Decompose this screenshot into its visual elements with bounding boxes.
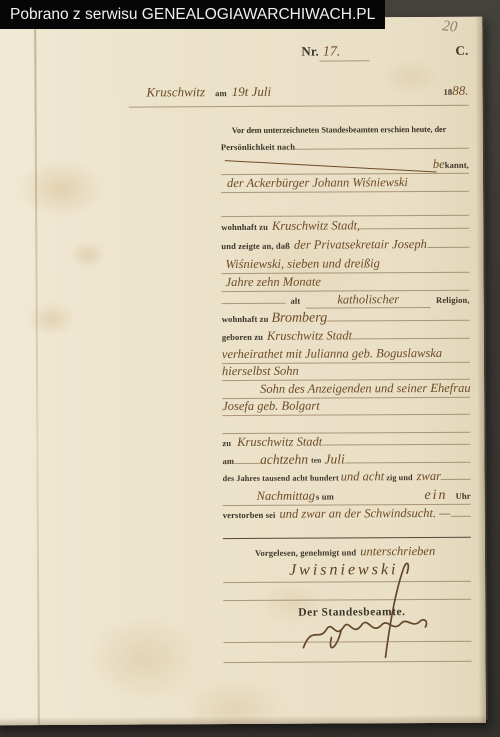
page-corner-number: 20: [441, 18, 458, 36]
religion-line: alt katholischer Religion,: [222, 292, 470, 309]
section-divider: [223, 537, 471, 539]
nr-label: Nr.: [301, 44, 319, 60]
dateline-year-printed: 18: [443, 87, 452, 97]
cause-line: verstorben sei und zwar an der Schwindsu…: [223, 506, 471, 523]
blank-underline: [441, 479, 471, 480]
series-letter: C.: [455, 43, 468, 59]
deceased-name-line: Wiśniewski, sieben und dreißig: [221, 256, 469, 274]
death-year-line: des Jahres tausend acht hundert und acht…: [223, 469, 471, 486]
blank-underline: [327, 320, 470, 322]
blank-line: [221, 199, 469, 217]
declarant-line: der Ackerbürger Johann Wiśniewski: [221, 175, 469, 193]
dateline-year-hand: 88.: [452, 83, 468, 99]
record-number-line: Nr. 17. C.: [301, 43, 468, 62]
blank-underline: [360, 228, 469, 230]
nr-value: 17.: [319, 44, 369, 61]
report-line: und zeigte an, daß der Privatsekretair J…: [221, 237, 469, 254]
dateline-am-label: am: [215, 88, 227, 98]
blank-underline: [450, 516, 470, 517]
blank-line: [223, 627, 471, 643]
born-line: geboren zu Kruschwitz Stadt: [222, 328, 470, 345]
residence-line-1: wohnhaft zu Kruschwitz Stadt,: [221, 218, 469, 235]
married-line-2: hierselbst Sohn: [222, 363, 470, 381]
death-time-line: Nachmittag s um ein Uhr: [223, 488, 471, 506]
blank-underline: [352, 338, 470, 340]
cancellation-stroke: [225, 160, 437, 172]
age-line: Jahre zehn Monate: [221, 274, 469, 292]
scanned-record-viewer: 20 Nr. 17. C. Kruschwitz am 19t Juli 18 …: [0, 0, 500, 737]
closing-line: Vorgelesen, genehmigt und unterschrieben: [255, 544, 471, 561]
blank-underline: [234, 463, 260, 464]
watermark-bar: Pobrano z serwisu GENEALOGIAWARCHIWACH.P…: [0, 0, 385, 29]
blank-underline: [427, 247, 470, 248]
paper-fold-line: [34, 19, 40, 725]
intro-line-2: Persönlichkeit nach: [221, 141, 469, 158]
parents-line-2: Josefa geb. Bolgart: [222, 398, 470, 416]
dateline: Kruschwitz am 19t Juli 18 88.: [128, 83, 468, 108]
dateline-day: 19t Juli: [232, 84, 271, 100]
document-page: 20 Nr. 17. C. Kruschwitz am 19t Juli 18 …: [0, 17, 486, 726]
blank-underline: [322, 444, 470, 446]
residence-line-2: wohnhaft zu Bromberg: [222, 310, 470, 327]
blank-underline: [222, 303, 286, 304]
known-printed: kannt,: [445, 160, 469, 170]
known-line: be kannt,: [221, 157, 469, 175]
death-date-line: am achtzehn ten Juli: [222, 451, 470, 468]
intro-line-1: Vor dem unterzeichneten Standesbeamten e…: [232, 125, 472, 142]
blank-underline: [345, 462, 471, 464]
blank-line: [222, 416, 470, 434]
blank-line: [223, 647, 471, 663]
watermark-text: Pobrano z serwisu GENEALOGIAWARCHIWACH.P…: [10, 6, 375, 23]
blank-underline: [295, 148, 469, 150]
married-line-1: verheirathet mit Julianna geb. Boguslaws…: [222, 346, 470, 364]
dateline-place: Kruschwitz: [128, 84, 205, 100]
death-place-line: zu Kruschwitz Stadt: [222, 434, 470, 451]
known-hand: be: [433, 157, 445, 172]
parents-line-1: Sohn des Anzeigenden und seiner Ehefrau: [222, 381, 470, 399]
